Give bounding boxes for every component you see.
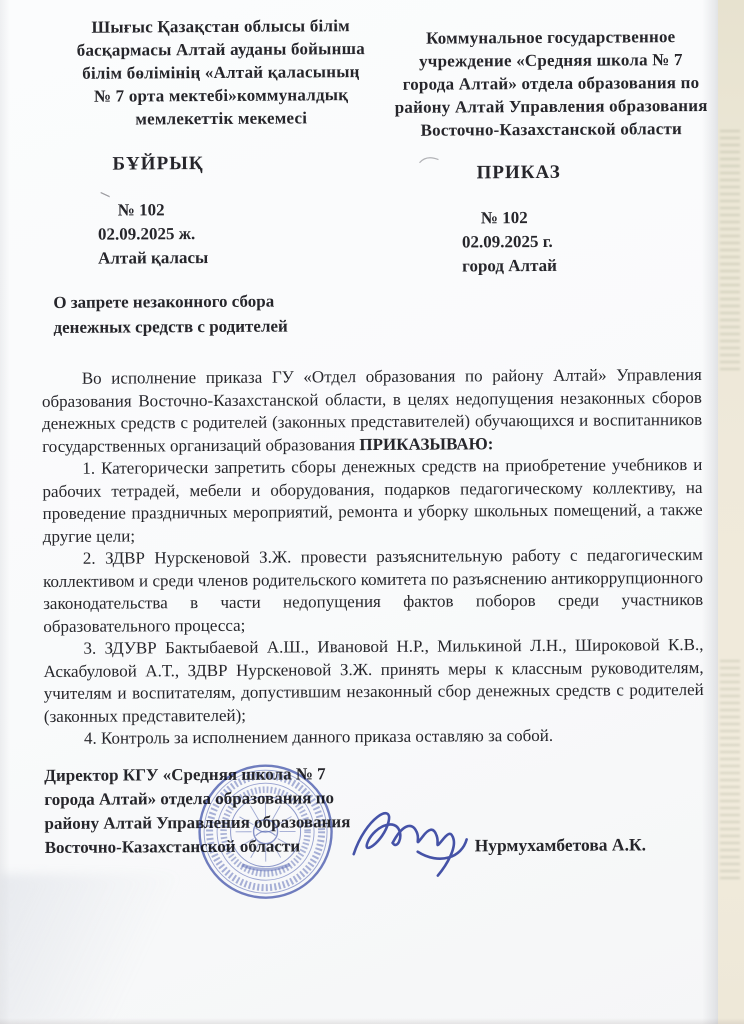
order-meta-ru: № 102 02.09.2025 г. город Алтай xyxy=(462,206,557,279)
school-name-ru-line: району Алтай Управления образования xyxy=(388,94,714,119)
order-title-ru: ПРИКАЗ xyxy=(476,162,560,185)
school-name-ru-line: города Алтай» отдела образования по xyxy=(388,71,714,96)
signature-scribble xyxy=(347,789,473,882)
order-preamble: Во исполнение приказа ГУ «Отдел образова… xyxy=(42,364,703,458)
order-place-kk: Алтай қаласы xyxy=(98,246,208,271)
school-name-ru-line: Восточно-Казахстанской области xyxy=(388,117,714,142)
order-item: 1. Категорически запретить сборы денежны… xyxy=(42,454,703,548)
school-name-ru-line: Коммунальное государственное xyxy=(388,25,714,50)
document-page: Шығыс Қазақстан облысы білім басқармасы … xyxy=(0,0,744,1024)
order-subject-line: денежных средств с родителей xyxy=(53,314,287,340)
school-name-ru: Коммунальное государственное учреждение … xyxy=(388,25,715,142)
school-name-kk-line: мемлекеттік мекемесі xyxy=(50,106,392,131)
order-date-kk: 02.09.2025 ж. xyxy=(98,222,208,247)
order-date-ru: 02.09.2025 г. xyxy=(462,230,557,255)
school-name-kk-line: білім бөлімінің «Алтай қаласының xyxy=(50,60,392,85)
order-preamble-emphasis: ПРИКАЗЫВАЮ: xyxy=(359,434,493,454)
signatory-name: Нурмухамбетова А.К. xyxy=(475,834,646,856)
order-subject: О запрете незаконного сбора денежных сре… xyxy=(53,289,288,340)
order-number-ru: № 102 xyxy=(481,206,557,230)
order-item: 2. ЗДВР Нурскеновой З.Ж. провести разъяс… xyxy=(43,544,704,638)
order-title-kk: БҰЙРЫҚ xyxy=(112,153,203,176)
school-name-kk: Шығыс Қазақстан облысы білім басқармасы … xyxy=(50,14,393,131)
order-body: Во исполнение приказа ГУ «Отдел образова… xyxy=(42,364,704,751)
order-meta-kk: № 102 02.09.2025 ж. Алтай қаласы xyxy=(98,198,209,271)
school-name-kk-line: Шығыс Қазақстан облысы білім xyxy=(50,14,392,39)
order-item: 3. ЗДУВР Бактыбаевой А.Ш., Ивановой Н.Р.… xyxy=(43,634,704,728)
order-number-kk: № 102 xyxy=(118,198,208,223)
school-name-ru-line: учреждение «Средняя школа № 7 xyxy=(388,48,714,73)
school-name-kk-line: № 7 орта мектебі»коммуналдық xyxy=(50,83,392,108)
official-stamp xyxy=(194,760,337,903)
order-item: 4. Контроль за исполнением данного прика… xyxy=(44,724,704,751)
order-place-ru: город Алтай xyxy=(462,254,557,279)
school-name-kk-line: басқармасы Алтай ауданы бойынша xyxy=(50,37,392,62)
order-subject-line: О запрете незаконного сбора xyxy=(53,289,287,315)
squiggle-mark xyxy=(418,154,440,166)
